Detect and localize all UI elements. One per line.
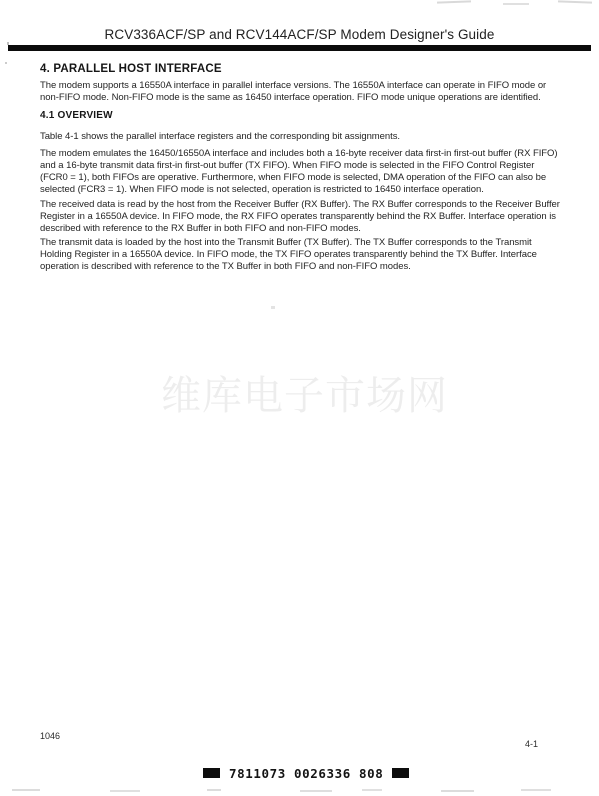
scan-artifact <box>362 789 382 791</box>
scan-artifact <box>207 789 221 791</box>
scan-artifact <box>441 790 474 792</box>
section-heading: 4. PARALLEL HOST INTERFACE <box>40 63 222 75</box>
barcode-line: 7811073 0026336 808 <box>203 766 409 780</box>
document-header-title: RCV336ACF/SP and RCV144ACF/SP Modem Desi… <box>0 27 599 42</box>
scan-artifact <box>300 790 332 792</box>
page-number: 4-1 <box>525 739 538 749</box>
scan-artifact <box>5 62 7 64</box>
barcode-end-block <box>392 768 409 778</box>
scan-artifact <box>558 0 592 3</box>
barcode-digits: 7811073 0026336 808 <box>229 766 383 781</box>
barcode-start-block <box>203 768 220 778</box>
scan-artifact <box>503 3 529 5</box>
scan-artifact <box>521 789 551 791</box>
paragraph-tx-buffer: The transmit data is loaded by the host … <box>40 237 564 273</box>
header-rule <box>8 45 591 51</box>
scan-artifact <box>12 789 40 791</box>
paragraph-rx-buffer: The received data is read by the host fr… <box>40 199 564 235</box>
paragraph-fifo-description: The modem emulates the 16450/16550A inte… <box>40 148 564 196</box>
subsection-heading: 4.1 OVERVIEW <box>40 110 113 121</box>
document-page: RCV336ACF/SP and RCV144ACF/SP Modem Desi… <box>0 0 599 796</box>
paragraph-table-reference: Table 4-1 shows the parallel interface r… <box>40 131 564 143</box>
scan-artifact <box>7 42 9 45</box>
document-number: 1046 <box>40 731 60 741</box>
watermark-text: 维库电子市场网 <box>161 364 448 421</box>
scan-artifact <box>271 306 275 309</box>
section-intro-paragraph: The modem supports a 16550A interface in… <box>40 80 564 104</box>
scan-artifact <box>110 790 140 792</box>
scan-artifact <box>437 0 471 3</box>
